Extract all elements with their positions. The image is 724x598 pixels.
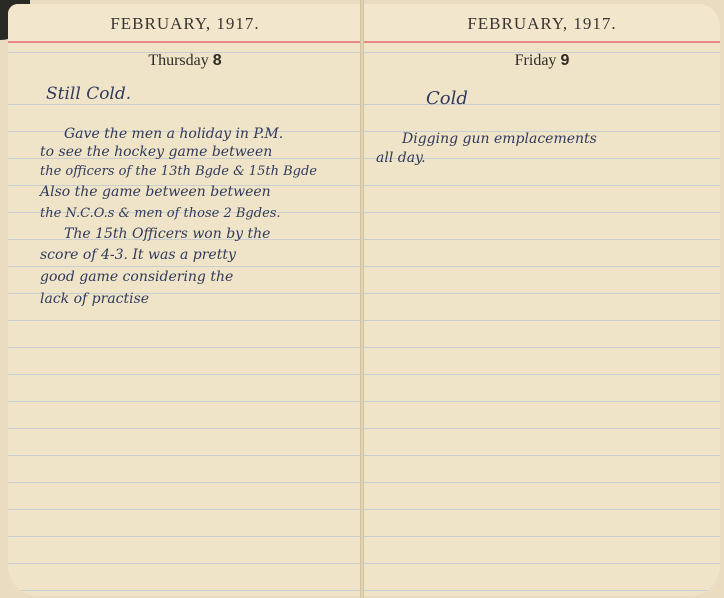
entry-line: the officers of the 13th Bgde & 15th Bgd… (40, 164, 317, 179)
entry-line: all day. (376, 150, 426, 166)
entry-line: score of 4-3. It was a pretty (40, 247, 236, 263)
entry-line: Still Cold. (46, 84, 131, 104)
entry-line: Also the game between between (40, 184, 271, 200)
red-margin-rule (8, 41, 362, 43)
weekday: Friday (515, 52, 557, 69)
entry-line: Digging gun emplacements (402, 131, 597, 147)
diary-spread: FEBRUARY, 1917. Thursday 8 Still Cold. G… (0, 0, 724, 598)
right-page: FEBRUARY, 1917. Friday 9 Cold Digging gu… (364, 4, 720, 596)
entry-line: lack of practise (40, 291, 149, 307)
day-number: 9 (560, 52, 569, 69)
entry-line: Gave the men a holiday in P.M. (64, 126, 283, 142)
month-header: FEBRUARY, 1917. (8, 14, 362, 34)
entry-line: The 15th Officers won by the (64, 226, 270, 242)
entry-line: Cold (426, 88, 468, 109)
entry-line: good game considering the (40, 269, 233, 285)
month-header: FEBRUARY, 1917. (364, 14, 720, 34)
day-heading: Thursday 8 (8, 52, 362, 70)
day-heading: Friday 9 (364, 52, 720, 70)
left-page: FEBRUARY, 1917. Thursday 8 Still Cold. G… (8, 4, 362, 596)
entry-line: to see the hockey game between (40, 144, 272, 160)
day-number: 8 (213, 52, 222, 69)
weekday: Thursday (148, 52, 208, 69)
red-margin-rule (364, 41, 720, 43)
entry-line: the N.C.O.s & men of those 2 Bgdes. (40, 206, 281, 221)
